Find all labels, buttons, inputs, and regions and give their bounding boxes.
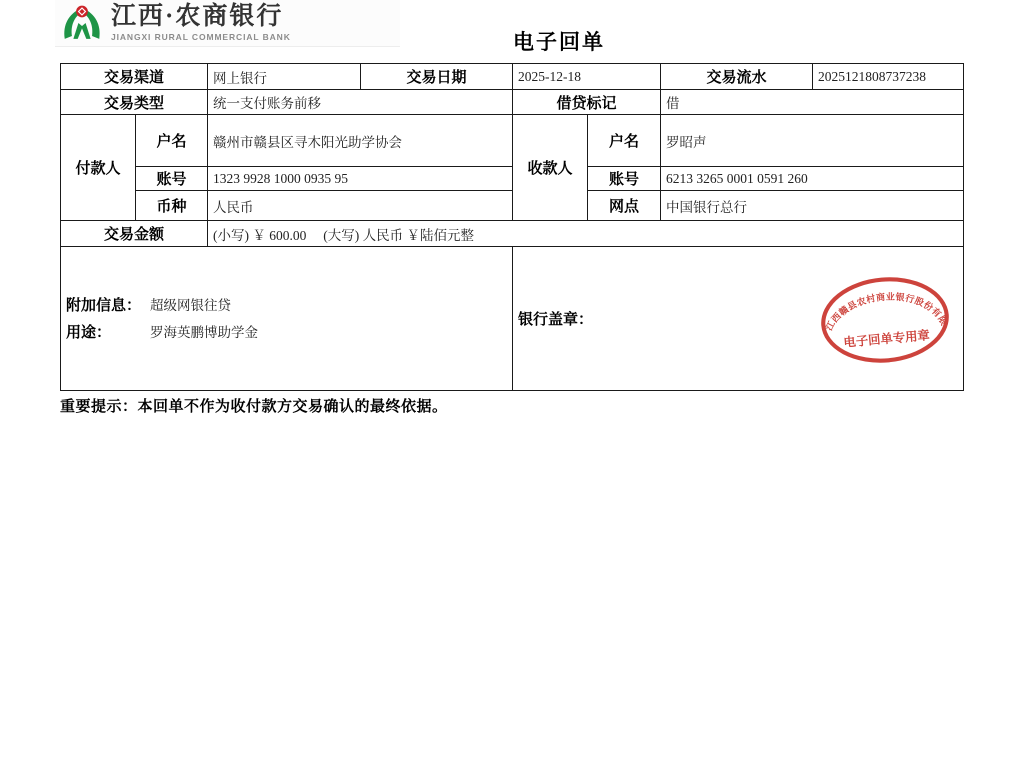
branch-value: 中国银行总行: [661, 191, 964, 221]
currency-label: 币种: [136, 191, 208, 221]
row-amount: 交易金额 (小写) ￥ 600.00 (大写) 人民币 ￥陆佰元整: [61, 221, 964, 247]
payer-section-label: 付款人: [61, 115, 136, 221]
payee-section-label: 收款人: [513, 115, 588, 221]
purpose-label: 用途：: [66, 319, 150, 346]
type-label: 交易类型: [61, 90, 208, 115]
date-label: 交易日期: [361, 64, 513, 90]
footer-note: 重要提示：本回单不作为收付款方交易确认的最终依据。: [60, 395, 448, 416]
bank-name-cn: 江西·农商银行: [111, 4, 291, 30]
channel-value: 网上银行: [208, 64, 361, 90]
bank-stamp-cell: 银行盖章： 江西赣县农村商业银行股份有限公司 电子回单专用章: [513, 247, 964, 391]
extra-info-line: 附加信息：超级网银往贷: [66, 292, 507, 319]
row-channel-date-serial: 交易渠道 网上银行 交易日期 2025-12-18 交易流水 202512180…: [61, 64, 964, 90]
receipt-table: 交易渠道 网上银行 交易日期 2025-12-18 交易流水 202512180…: [60, 63, 964, 391]
bank-seal-icon: 江西赣县农村商业银行股份有限公司 电子回单专用章: [815, 269, 954, 370]
bank-name-en: JIANGXI RURAL COMMERCIAL BANK: [111, 32, 291, 42]
row-type-debitcredit: 交易类型 统一支付账务前移 借贷标记 借: [61, 90, 964, 115]
bank-logo: 江西·农商银行 JIANGXI RURAL COMMERCIAL BANK: [55, 0, 400, 47]
amount-label: 交易金额: [61, 221, 208, 247]
payee-account-label: 账号: [588, 167, 661, 191]
row-currency-branch: 币种 人民币 网点 中国银行总行: [61, 191, 964, 221]
payer-name-label: 户名: [136, 115, 208, 167]
page-title: 电子回单: [513, 26, 605, 56]
stamp-label: 银行盖章：: [518, 311, 593, 328]
payee-account-value: 6213 3265 0001 0591 260: [661, 167, 964, 191]
row-names: 付款人 户名 赣州市赣县区寻木阳光助学协会 收款人 户名 罗昭声: [61, 115, 964, 167]
debit-credit-value: 借: [661, 90, 964, 115]
serial-label: 交易流水: [661, 64, 813, 90]
date-value: 2025-12-18: [513, 64, 661, 90]
payee-name-label: 户名: [588, 115, 661, 167]
type-value: 统一支付账务前移: [208, 90, 513, 115]
payer-name-value: 赣州市赣县区寻木阳光助学协会: [208, 115, 513, 167]
branch-label: 网点: [588, 191, 661, 221]
purpose-value: 罗海英鹏博助学金: [150, 325, 258, 340]
receipt-page: 江西·农商银行 JIANGXI RURAL COMMERCIAL BANK 电子…: [0, 0, 1024, 778]
channel-label: 交易渠道: [61, 64, 208, 90]
row-extra-stamp: 附加信息：超级网银往贷 用途：罗海英鹏博助学金 银行盖章： 江西赣县农村商业银行…: [61, 247, 964, 391]
currency-value: 人民币: [208, 191, 513, 221]
row-accounts: 账号 1323 9928 1000 0935 95 账号 6213 3265 0…: [61, 167, 964, 191]
bank-logo-mark-icon: [59, 1, 105, 45]
serial-value: 2025121808737238: [813, 64, 964, 90]
purpose-line: 用途：罗海英鹏博助学金: [66, 319, 507, 346]
payee-name-value: 罗昭声: [661, 115, 964, 167]
extra-info-value: 超级网银往贷: [150, 298, 231, 313]
debit-credit-label: 借贷标记: [513, 90, 661, 115]
extra-info-cell: 附加信息：超级网银往贷 用途：罗海英鹏博助学金: [61, 247, 513, 391]
payer-account-value: 1323 9928 1000 0935 95: [208, 167, 513, 191]
extra-info-label: 附加信息：: [66, 292, 150, 319]
payer-account-label: 账号: [136, 167, 208, 191]
bank-logo-text: 江西·农商银行 JIANGXI RURAL COMMERCIAL BANK: [111, 4, 291, 42]
amount-value: (小写) ￥ 600.00 (大写) 人民币 ￥陆佰元整: [208, 221, 964, 247]
seal-center-text: 电子回单专用章: [843, 327, 931, 350]
